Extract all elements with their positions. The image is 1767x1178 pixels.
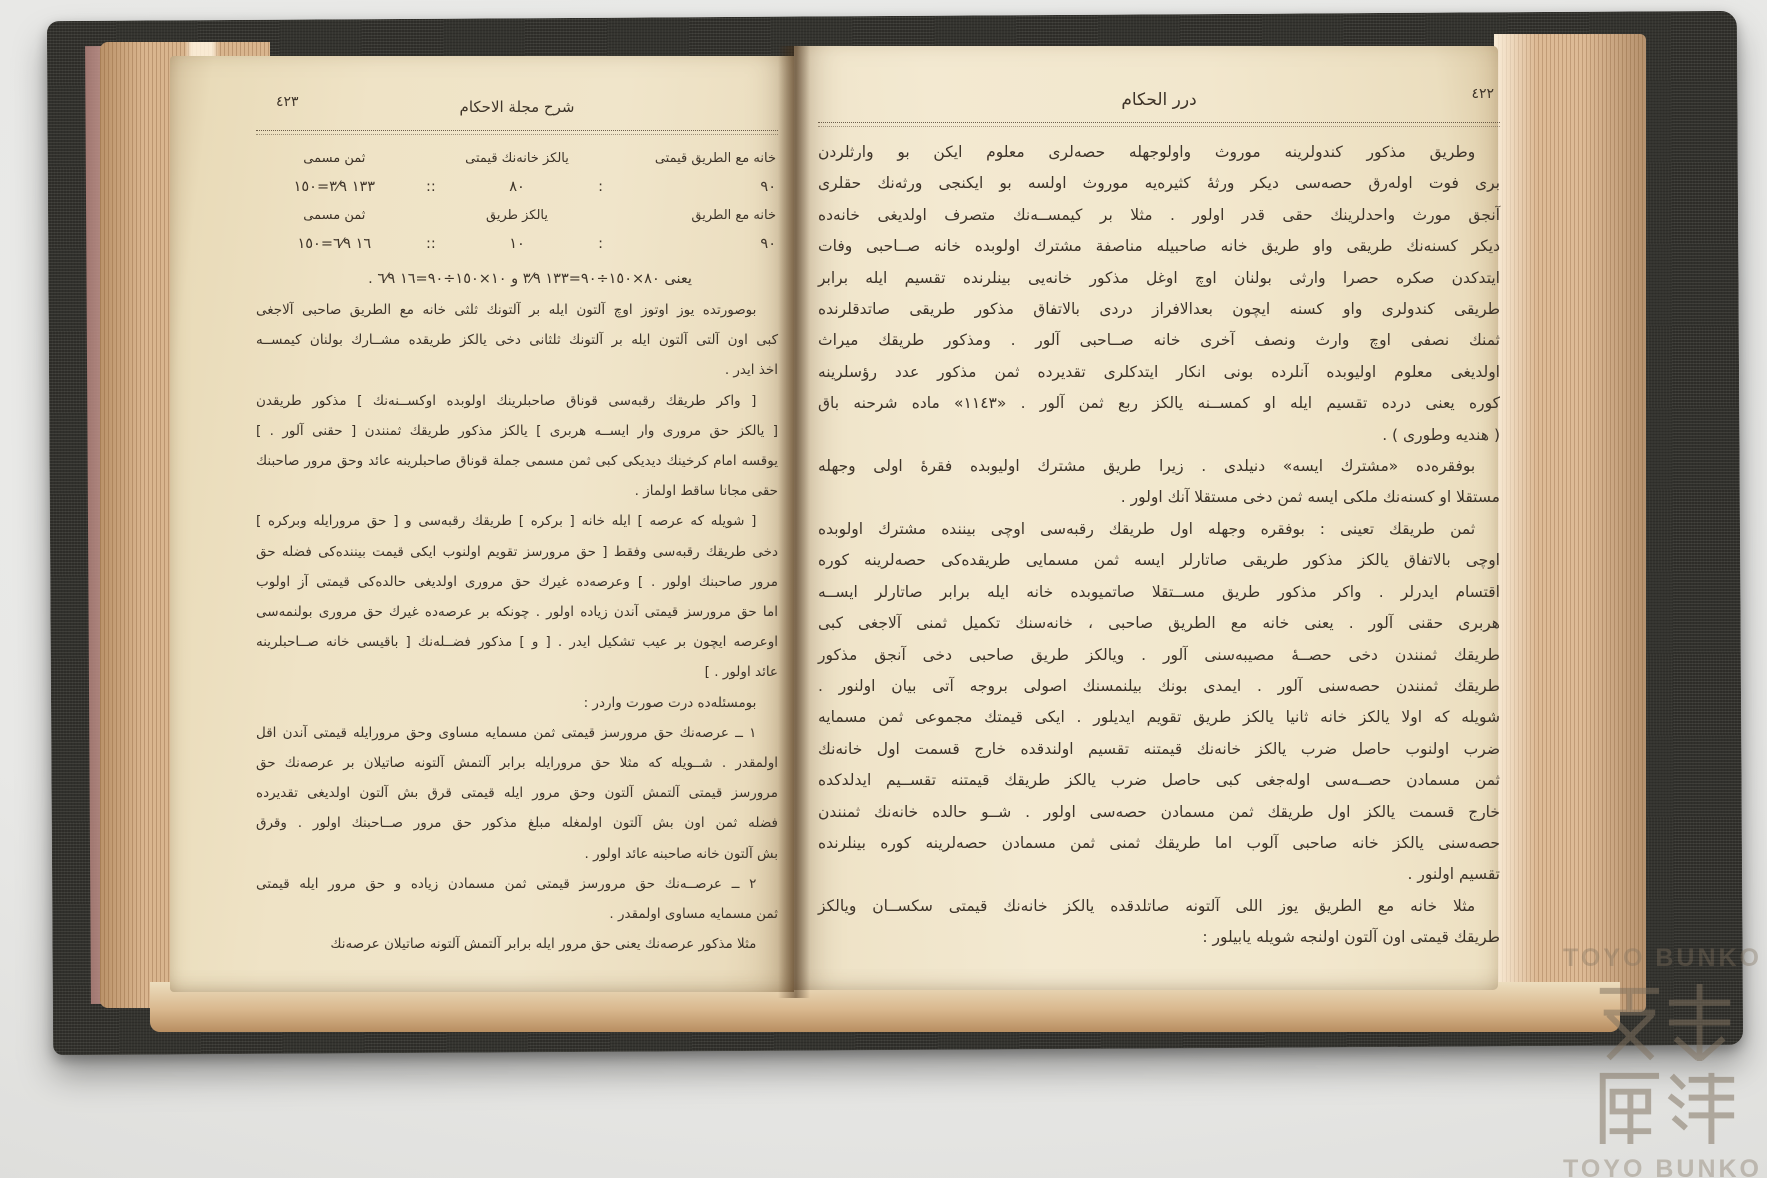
table-row: خانه مع الطريق قيمتىيالكز خانه‌نك قيمتىث… [256,145,778,172]
book-gutter [778,46,810,998]
text-line: آنجق مورث واحدلرينك حقى قدر اولور . مثلا… [818,200,1500,231]
text-line: هربرى حقنى آلور . يعنى خانه مع الطريق صا… [818,608,1500,639]
right-page-text: ٤٢٢ درر الحكام وطريق مذكور كندولرينه مور… [818,84,1500,954]
watermark-text-bottom: TOYO BUNKO [1550,1155,1767,1178]
paragraph: ١ ــ عرصه‌نك حق مرورسز قيمتى ثمن مسمايه … [256,718,778,869]
text-line: بش آلتون خانه صاحبنه عائد اولور . [256,839,778,869]
text-line: طريقك قيمتى اون آلتون اولنجه شويله يابيل… [818,922,1500,953]
text-line: مثلا مذكور عرصه‌نك يعنى حق مرور ايله برا… [256,929,778,959]
table-row: خانه مع الطريقيالكز طريقثمن مسمى [256,202,778,229]
text-line: دخى طريقك رقبه‌سى وفقط [ حق مرورسز تقويم… [256,537,778,567]
left-page-body: خانه مع الطريق قيمتىيالكز خانه‌نك قيمتىث… [256,145,778,959]
table-cell: : [585,179,616,195]
text-line: ضرب اولنوب حاصل ضرب يالكز خانه‌نك قيمتنه… [818,734,1500,765]
text-line: حقى مجانا ساقط اولماز . [256,476,778,506]
text-line: عائد اولور . ] [256,657,778,687]
header-rule [818,122,1500,127]
paragraph: [ واكر طريقك رقبه‌سى قوناق صاحبلرينك اول… [256,386,778,507]
text-line: ايتدكدن صكره حصرا وارثى بولنان اوچ اوغل … [818,263,1500,294]
book-photo-scene: ٤٢٣ شرح مجلة الاحكام خانه مع الطريق قيمت… [0,0,1767,1178]
text-line: كبى اون آلتى آلتون ايله بر آلتونك ثلثانى… [256,325,778,355]
paragraph: [ شويله كه عرصه ] ايله خانه [ بركره ] طر… [256,506,778,687]
ratio-table: خانه مع الطريق قيمتىيالكز خانه‌نك قيمتىث… [256,145,778,259]
text-line: بومسئله‌ده درت صورت واردر : [256,688,778,718]
text-line: ٢ ــ عرصــه‌نك حق مرورسز قيمتى ثمن مسماد… [256,869,778,899]
table-cell: ٨٠ [449,179,585,195]
text-line: مرورسز قيمتى آلتمش آلتون وحق مرور ايله ق… [256,778,778,808]
table-cell: :: [413,236,450,252]
text-line: مستقلا او كسنه‌نك ملكى ايسه ثمن دخى مستق… [818,482,1500,513]
table-cell: :: [413,179,450,195]
text-line: اوعرصه ايچون بر عيب تشكيل ايدر . [ و ] م… [256,627,778,657]
text-line: ثمن طريقك تعينى : بوفقره وجهله اول طريقك… [818,514,1500,545]
text-line: [ يالكز حق مرورى وار ايســه هربرى ] يالك… [256,416,778,446]
right-page-title: درر الحكام [818,84,1500,110]
text-line: بوفقره‌ده «مشترك ايسه» دنيلدى . زيرا طري… [818,451,1500,482]
text-line: طريقى كندولرى واو كسنه ايچون بعدالافراز … [818,294,1500,325]
left-page-text: ٤٢٣ شرح مجلة الاحكام خانه مع الطريق قيمت… [256,92,778,959]
text-line: خارج قسمت يالكز اول طريقك ثمن مسمادن حصه… [818,797,1500,828]
text-line: ١ ــ عرصه‌نك حق مرورسز قيمتى ثمن مسمايه … [256,718,778,748]
text-line: ديكر كسنه‌نك طريقى واو طريق خانه صاحبيله… [818,231,1500,262]
text-line: طريقك ثمنندن دخى حصــهٔ مصيبه‌سنى آلور .… [818,640,1500,671]
text-line: وطريق مذكور كندولرينه موروث واولوجهله حص… [818,137,1500,168]
text-line: بوصورتده يوز اوتوز اوچ آلتون ايله بر آلت… [256,295,778,325]
text-line: ثمنك نصفى اوچ وارث ونصف آخرى خانه صــاحب… [818,325,1500,356]
table-cell: ثمن مسمى [256,208,413,223]
right-page-header: ٤٢٢ درر الحكام [818,84,1500,122]
text-line: اخذ ايدر . [256,355,778,385]
paragraph: بوفقره‌ده «مشترك ايسه» دنيلدى . زيرا طري… [818,451,1500,514]
table-cell: ١٦ ٦⁄٩=١٥٠ [256,236,413,252]
text-line: اما حق مرورسز قيمتى آندن زياده اولور . چ… [256,597,778,627]
right-page-number: ٤٢٢ [1471,86,1494,102]
text-line: يوقسه امام كرخينك ديديكى كبى ثمن مسمى جم… [256,446,778,476]
table-row: ٩٠:١٠::١٦ ٦⁄٩=١٥٠ [256,229,778,259]
left-page-header: ٤٢٣ شرح مجلة الاحكام [256,92,778,130]
table-cell: : [585,236,616,252]
paragraph: ثمن طريقك تعينى : بوفقره وجهله اول طريقك… [818,514,1500,891]
table-cell: يالكز خانه‌نك قيمتى [449,151,585,166]
left-page-title: شرح مجلة الاحكام [256,92,778,116]
paragraph: بومسئله‌ده درت صورت واردر : [256,688,778,718]
text-line: كوره يعنى درده تقسيم ايله او كمســنه يال… [818,388,1500,419]
table-cell: خانه مع الطريق قيمتى [616,151,778,166]
text-line: اقتسام ايدرلر . واكر مذكور طريق مســتقلا… [818,577,1500,608]
text-line: حصه‌سنى يالكز خانه صاحبى آلوب اما طريقك … [818,828,1500,859]
text-line: مثلا خانه مع الطريق يوز اللى آلتونه صاتل… [818,891,1500,922]
table-cell: ١٣٣ ٣⁄٩=١٥٠ [256,179,413,195]
table-cell: ثمن مسمى [256,151,413,166]
table-row: ٩٠:٨٠::١٣٣ ٣⁄٩=١٥٠ [256,172,778,202]
text-line: شويله كه اولا يالكز خانه ثانيا يالكز طري… [818,702,1500,733]
paragraph: وطريق مذكور كندولرينه موروث واولوجهله حص… [818,137,1500,451]
table-cell: ١٠ [449,236,585,252]
text-line: برى فوت اوله‌رق حصه‌سى ديكر ورثهٔ كثيره‌… [818,168,1500,199]
text-line: ( هنديه وطورى ) . [818,420,1500,451]
paragraph: مثلا خانه مع الطريق يوز اللى آلتونه صاتل… [818,891,1500,954]
page-stack-right [1494,34,1646,1012]
text-line: ثمن مسمادن حصــه‌سى اوله‌جغى كبى حاصل ضر… [818,765,1500,796]
text-line: فضله ثمن اون بش آلتون اولمغله مبلغ مذكور… [256,808,778,838]
text-line: اولمقدر . شــويله كه مثلا حق مرورايله بر… [256,748,778,778]
header-rule [256,130,778,135]
text-line: طريقك ثمنندن حصه‌سنى آلور . ايمدى بونك ب… [818,671,1500,702]
text-line: اولديغى معلوم اوليوبده آنلرده بونى انكار… [818,357,1500,388]
paragraph: مثلا مذكور عرصه‌نك يعنى حق مرور ايله برا… [256,929,778,959]
formula-line: يعنى ٨٠×١٥٠÷٩٠=١٣٣ ٣⁄٩ و ١٠×١٥٠÷٩٠=١٦ ٦⁄… [256,263,778,295]
left-page-number: ٤٢٣ [276,94,299,110]
text-line: [ واكر طريقك رقبه‌سى قوناق صاحبلرينك اول… [256,386,778,416]
paragraph: ٢ ــ عرصــه‌نك حق مرورسز قيمتى ثمن مسماد… [256,869,778,929]
paragraph: بوصورتده يوز اوتوز اوچ آلتون ايله بر آلت… [256,295,778,386]
right-page-body: وطريق مذكور كندولرينه موروث واولوجهله حص… [818,137,1500,954]
table-cell: خانه مع الطريق [616,208,778,223]
table-cell: ٩٠ [616,236,778,252]
table-cell: يالكز طريق [449,208,585,223]
text-line: [ شويله كه عرصه ] ايله خانه [ بركره ] طر… [256,506,778,536]
text-line: اوچى بالاتفاق يالكز مذكور طريقى صاتارلر … [818,545,1500,576]
table-cell: ٩٠ [616,179,778,195]
text-line: تقسيم اولنور . [818,859,1500,890]
text-line: ثمن مسمايه مساوى اولمقدر . [256,899,778,929]
text-line: مرور صاحبنك اولور . ] وعرصه‌ده غيرك حق م… [256,567,778,597]
